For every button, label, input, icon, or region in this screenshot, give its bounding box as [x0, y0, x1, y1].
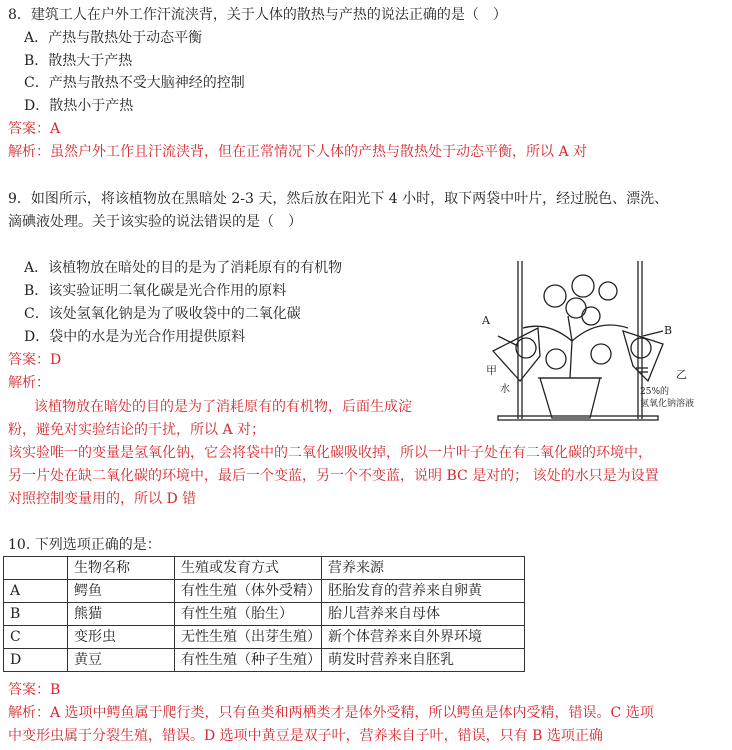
table-cell: 有性生殖（体外受精） — [175, 580, 322, 603]
q8-option-d: D．散热小于产热 — [24, 97, 133, 115]
table-cell: 新个体营养来自外界环境 — [322, 626, 525, 649]
plant-experiment-figure: A B 甲 乙 水 25%的 氢氧化钠溶液 — [478, 256, 728, 426]
label-yi: 乙 — [676, 366, 687, 384]
table-row: D 黄豆 有性生殖（种子生殖） 萌发时营养来自胚乳 — [4, 649, 525, 672]
label-naoh-1: 25%的 — [640, 386, 669, 398]
q8-option-a: A．产热与散热处于动态平衡 — [24, 29, 202, 47]
q9-option-b: B．该实验证明二氧化碳是光合作用的原料 — [24, 282, 286, 300]
table-cell: 变形虫 — [68, 626, 175, 649]
q8-stem: 8．建筑工人在户外工作汗流浃背，关于人体的散热与产热的说法正确的是（ ） — [8, 6, 507, 24]
table-cell: 有性生殖（胎生） — [175, 603, 322, 626]
table-cell: 黄豆 — [68, 649, 175, 672]
q9-option-c: C．该处氢氧化钠是为了吸收袋中的二氧化碳 — [24, 305, 301, 323]
table-cell: 鳄鱼 — [68, 580, 175, 603]
label-naoh-2: 氢氧化钠溶液 — [640, 398, 694, 410]
table-cell: 胚胎发育的营养来自卵黄 — [322, 580, 525, 603]
table-cell: 熊猫 — [68, 603, 175, 626]
table-cell: A — [4, 580, 68, 603]
q9-analysis-line: 该实验唯一的变量是氢氧化钠，它会将袋中的二氧化碳吸收掉，所以一片叶子处在有二氧化… — [8, 444, 652, 462]
table-header: 生殖或发育方式 — [175, 557, 322, 580]
q8-answer: 答案：A — [8, 120, 60, 138]
table-row: C 变形虫 无性生殖（出芽生殖） 新个体营养来自外界环境 — [4, 626, 525, 649]
q9-analysis-line: 对照控制变量用的，所以 D 错 — [8, 490, 196, 508]
q9-option-a: A．该植物放在暗处的目的是为了消耗原有的有机物 — [24, 259, 342, 277]
table-cell: B — [4, 603, 68, 626]
q9-option-d: D．袋中的水是为光合作用提供原料 — [24, 328, 245, 346]
label-jia: 甲 — [486, 362, 497, 380]
q10-table: 生物名称 生殖或发育方式 营养来源 A 鳄鱼 有性生殖（体外受精） 胚胎发育的营… — [3, 556, 525, 672]
q10-analysis-line: 中变形虫属于分裂生殖，错误。D 选项中黄豆是双子叶，营养来自子叶，错误，只有 B… — [8, 727, 603, 745]
q8-analysis: 解析：虽然户外工作且汗流浃背，但在正常情况下人体的产热与散热处于动态平衡，所以 … — [8, 143, 587, 161]
q9-analysis-line: 另一片处在缺二氧化碳的环境中，最后一个变蓝，另一个不变蓝，说明 BC 是对的； … — [8, 467, 659, 485]
q9-analysis-line: 该植物放在暗处的目的是为了消耗原有的有机物，后面生成淀 — [34, 398, 412, 416]
table-cell: 有性生殖（种子生殖） — [175, 649, 322, 672]
table-cell: 萌发时营养来自胚乳 — [322, 649, 525, 672]
label-water: 水 — [500, 381, 510, 399]
table-cell: 胎儿营养来自母体 — [322, 603, 525, 626]
q8-option-b: B．散热大于产热 — [24, 52, 132, 70]
label-b: B — [664, 322, 672, 340]
table-header-row: 生物名称 生殖或发育方式 营养来源 — [4, 557, 525, 580]
table-cell: D — [4, 649, 68, 672]
table-header: 营养来源 — [322, 557, 525, 580]
table-cell: C — [4, 626, 68, 649]
table-row: B 熊猫 有性生殖（胎生） 胎儿营养来自母体 — [4, 603, 525, 626]
table-cell: 无性生殖（出芽生殖） — [175, 626, 322, 649]
label-a: A — [482, 312, 490, 330]
q9-analysis-label: 解析： — [8, 374, 50, 392]
table-header — [4, 557, 68, 580]
q9-stem-line1: 9．如图所示，将该植物放在黑暗处 2-3 天，然后放在阳光下 4 小时，取下两袋… — [8, 190, 668, 208]
table-header: 生物名称 — [68, 557, 175, 580]
q10-answer: 答案：B — [8, 681, 60, 699]
q9-stem-line2: 滴碘液处理。关于该实验的说法错误的是（ ） — [8, 213, 302, 231]
q10-analysis-line: 解析：A 选项中鳄鱼属于爬行类，只有鱼类和两栖类才是体外受精，所以鳄鱼是体内受精… — [8, 704, 654, 722]
table-row: A 鳄鱼 有性生殖（体外受精） 胚胎发育的营养来自卵黄 — [4, 580, 525, 603]
q9-answer: 答案：D — [8, 351, 61, 369]
q8-option-c: C．产热与散热不受大脑神经的控制 — [24, 74, 245, 92]
q9-analysis-line: 粉，避免对实验结论的干扰，所以 A 对； — [8, 421, 265, 439]
q10-stem: 10. 下列选项正确的是： — [8, 536, 161, 554]
